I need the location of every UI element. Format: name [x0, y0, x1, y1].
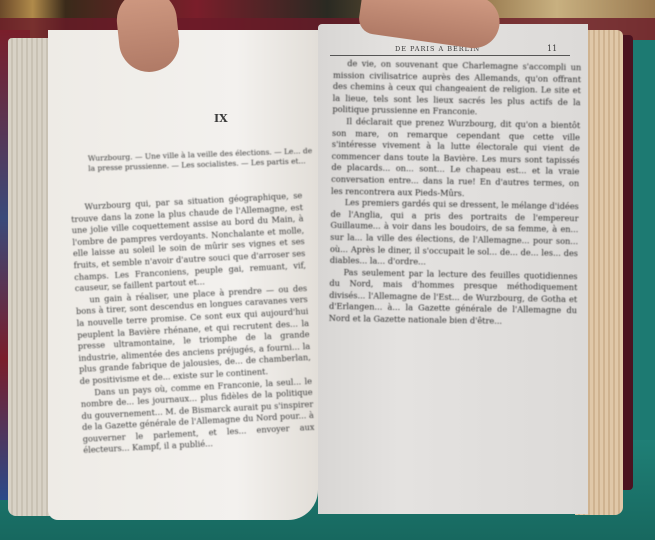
- chapter-number: IX: [214, 112, 228, 125]
- page-number: 11: [547, 44, 557, 53]
- paragraph: Dans un pays où, comme en Franconie, la …: [80, 375, 315, 457]
- paragraph: un gain à réaliser, une place à prendre …: [75, 283, 312, 388]
- paragraph: Il déclarait que prenez Wurzbourg, dit q…: [331, 116, 580, 201]
- paragraph: Pas seulement par la lecture des feuille…: [329, 267, 578, 329]
- header-rule: [330, 55, 570, 56]
- paragraph: de vie, on souvenant que Charlemagne s'a…: [332, 58, 581, 120]
- paragraph: Les premiers gardés qui se dressent, le …: [330, 197, 579, 271]
- right-page-body: de vie, on souvenant que Charlemagne s'a…: [327, 58, 582, 442]
- paragraph: Wurzbourg qui, par sa situation géograph…: [70, 190, 307, 295]
- left-page-body: Wurzbourg qui, par sa situation géograph…: [70, 190, 317, 502]
